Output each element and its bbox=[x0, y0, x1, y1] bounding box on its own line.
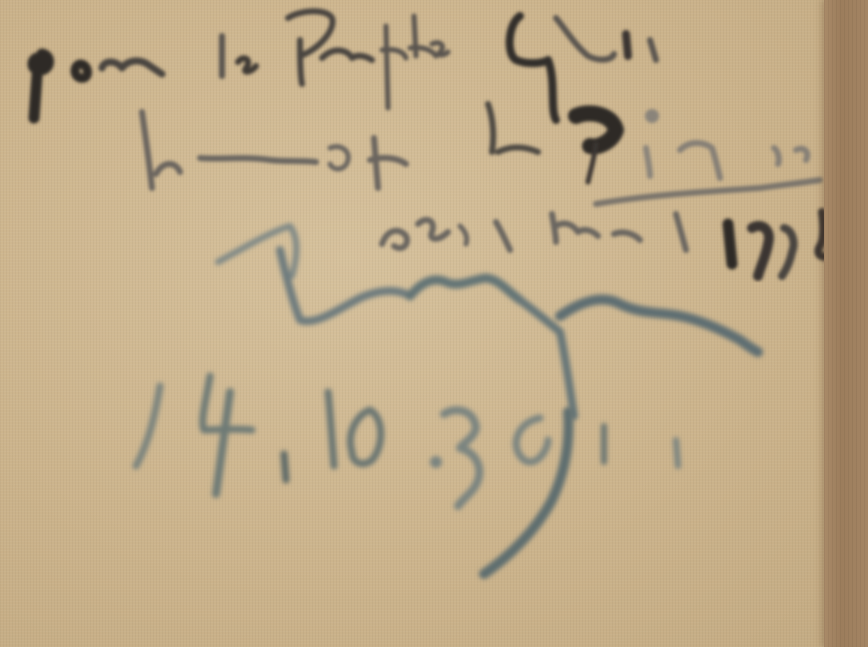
line-paris-mai-1946 bbox=[382, 212, 830, 276]
line-hommage-de-picasso bbox=[142, 104, 820, 204]
stretcher-frame-edge bbox=[824, 0, 868, 647]
handwriting-strokes bbox=[0, 0, 868, 647]
picasso-signature bbox=[218, 226, 758, 416]
date-14-10-39 bbox=[136, 376, 678, 574]
canvas-photo: pour le Peuple Grec hommage de Picasso p… bbox=[0, 0, 868, 647]
line-pour-le-peuple-grec bbox=[33, 11, 656, 120]
